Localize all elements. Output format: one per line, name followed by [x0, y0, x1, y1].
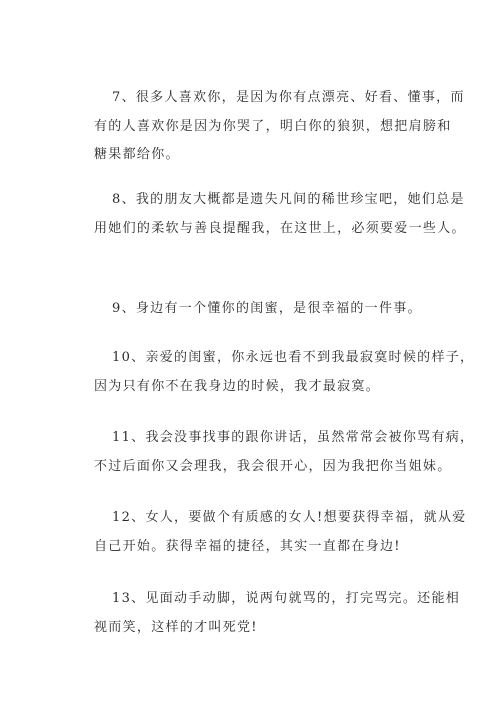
paragraph-line: 12、女人，要做个有质感的女人!想要获得幸福，就从爱: [76, 504, 428, 533]
paragraph-line: 不过后面你又会理我，我会很开心，因为我把你当姐妹。: [76, 453, 428, 482]
paragraph-11: 11、我会没事找事的跟你讲话，虽然常常会被你骂有病， 不过后面你又会理我，我会很…: [76, 424, 428, 481]
paragraph-12: 12、女人，要做个有质感的女人!想要获得幸福，就从爱 自己开始。获得幸福的捷径，…: [76, 504, 428, 561]
paragraph-line: 自己开始。获得幸福的捷径，其实一直都在身边!: [76, 533, 428, 562]
paragraph-line: 13、见面动手动脚，说两句就骂的，打完骂完。还能相: [76, 585, 428, 614]
paragraph-line: 9、身边有一个懂你的闺蜜，是很幸福的一件事。: [76, 295, 428, 324]
paragraph-line: 糖果都给你。: [76, 141, 428, 170]
paragraph-9: 9、身边有一个懂你的闺蜜，是很幸福的一件事。: [76, 295, 428, 324]
paragraph-7: 7、很多人喜欢你，是因为你有点漂亮、好看、懂事，而 有的人喜欢你是因为你哭了，明…: [76, 84, 428, 170]
paragraph-line: 10、亲爱的闺蜜，你永远也看不到我最寂寞时候的样子，: [76, 344, 428, 373]
paragraph-line: 11、我会没事找事的跟你讲话，虽然常常会被你骂有病，: [76, 424, 428, 453]
paragraph-line: 8、我的朋友大概都是遗失凡间的稀世珍宝吧，她们总是: [76, 186, 428, 215]
paragraph-line: 视而笑，这样的才叫死党!: [76, 614, 428, 643]
paragraph-line: 因为只有你不在我身边的时候，我才最寂寞。: [76, 373, 428, 402]
paragraph-line: 有的人喜欢你是因为你哭了，明白你的狼狈，想把肩膀和: [76, 113, 428, 142]
paragraph-8: 8、我的朋友大概都是遗失凡间的稀世珍宝吧，她们总是 用她们的柔软与善良提醒我，在…: [76, 186, 428, 243]
paragraph-line: 用她们的柔软与善良提醒我，在这世上，必须要爱一些人。: [76, 215, 428, 244]
document-page: 7、很多人喜欢你，是因为你有点漂亮、好看、懂事，而 有的人喜欢你是因为你哭了，明…: [0, 0, 500, 708]
paragraph-line: 7、很多人喜欢你，是因为你有点漂亮、好看、懂事，而: [76, 84, 428, 113]
paragraph-10: 10、亲爱的闺蜜，你永远也看不到我最寂寞时候的样子， 因为只有你不在我身边的时候…: [76, 344, 428, 401]
paragraph-13: 13、见面动手动脚，说两句就骂的，打完骂完。还能相 视而笑，这样的才叫死党!: [76, 585, 428, 642]
